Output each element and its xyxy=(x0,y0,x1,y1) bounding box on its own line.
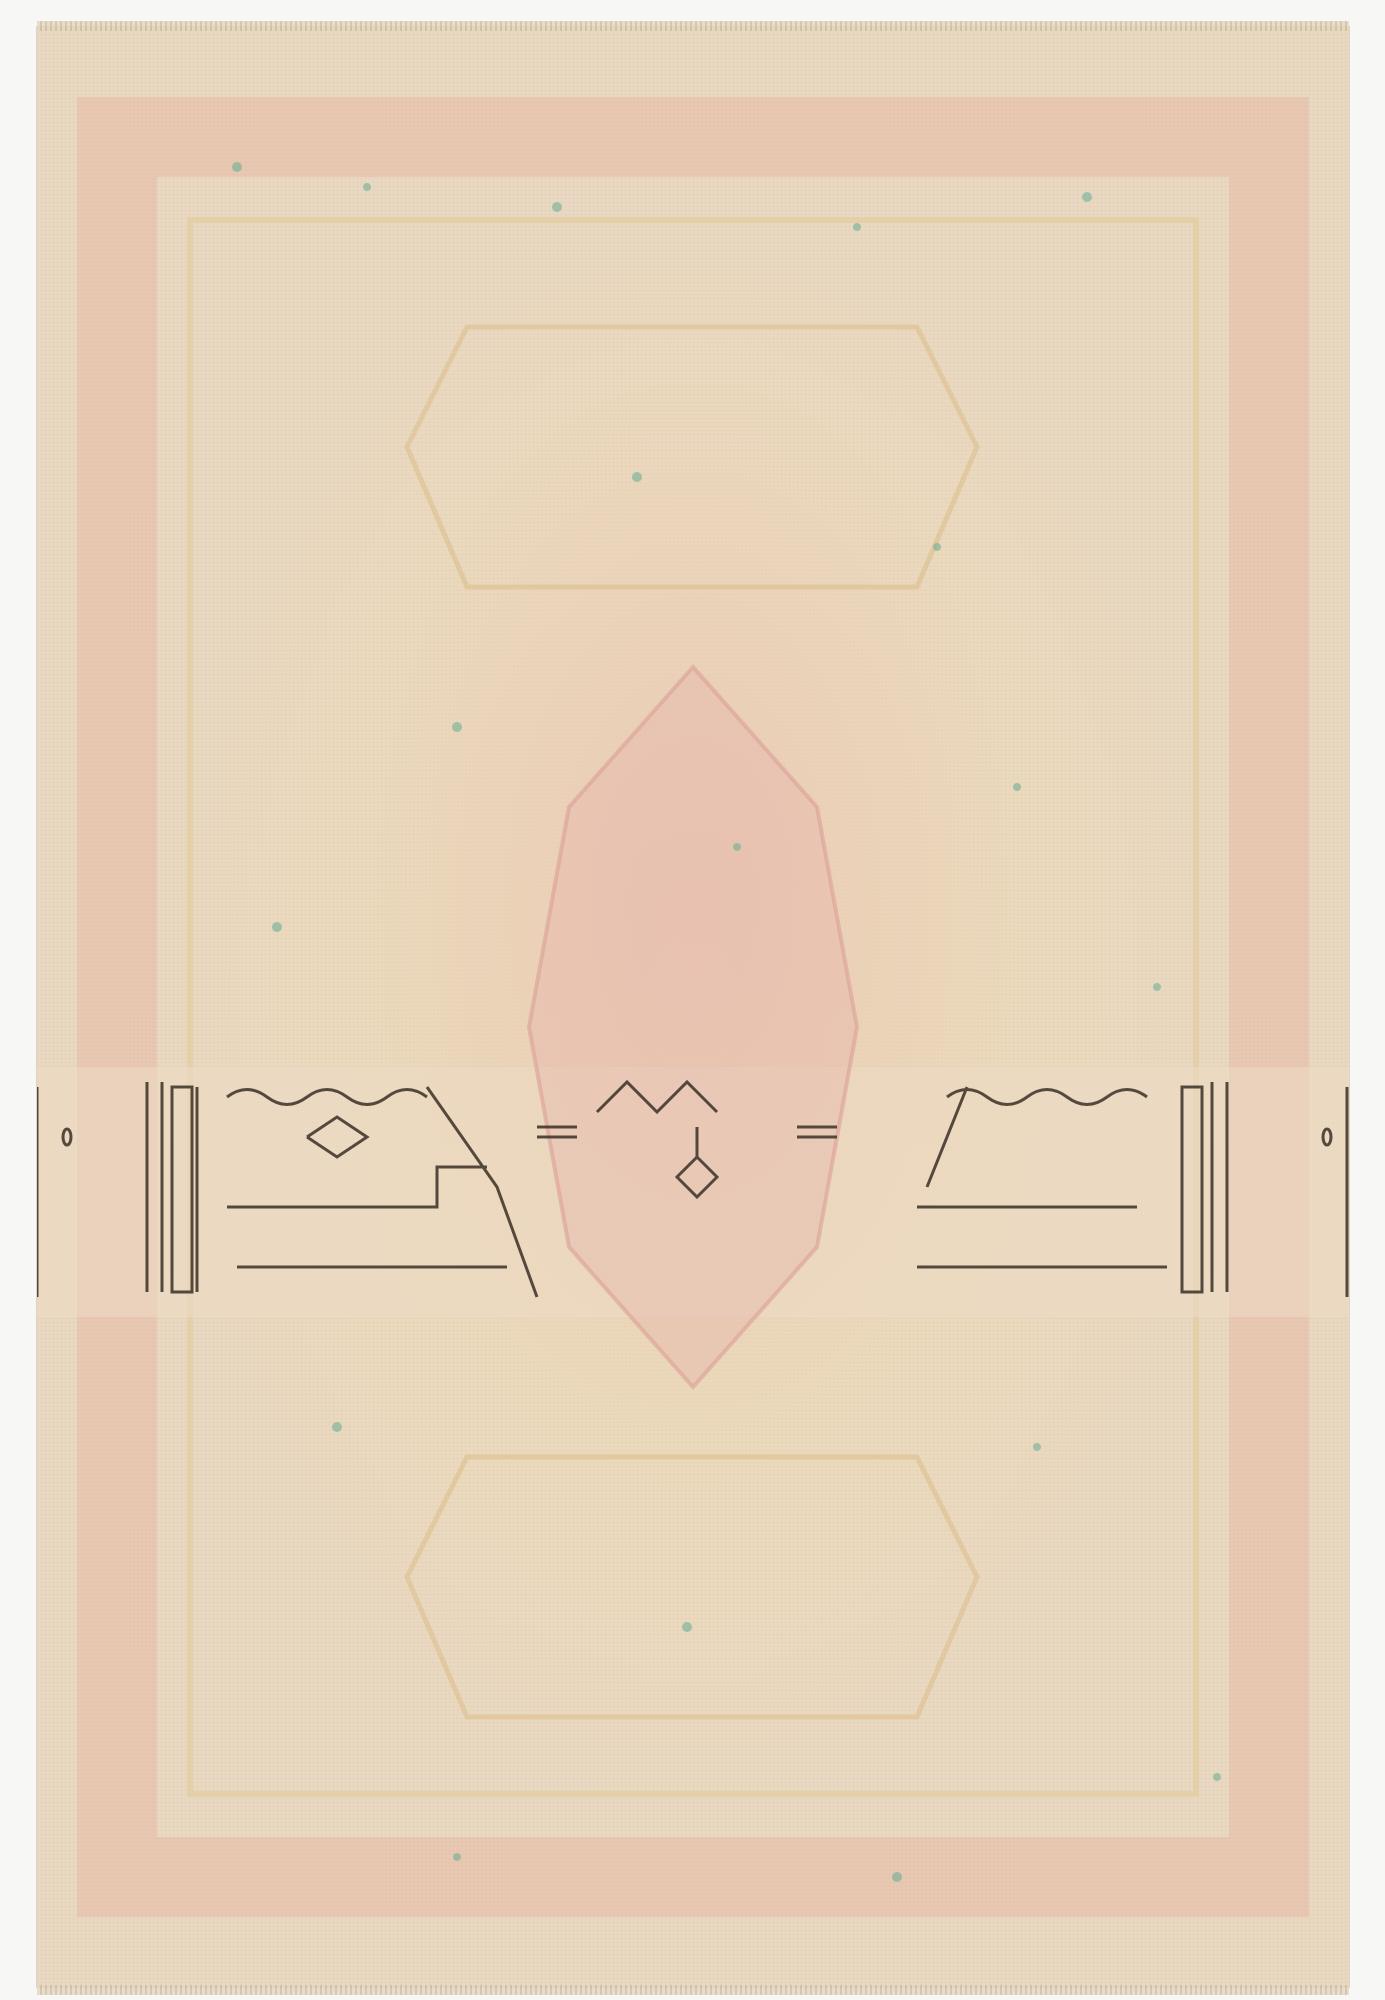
bottom-fringe xyxy=(37,1985,1349,1995)
medallion-pattern xyxy=(37,27,1349,1987)
rug xyxy=(37,27,1349,1987)
